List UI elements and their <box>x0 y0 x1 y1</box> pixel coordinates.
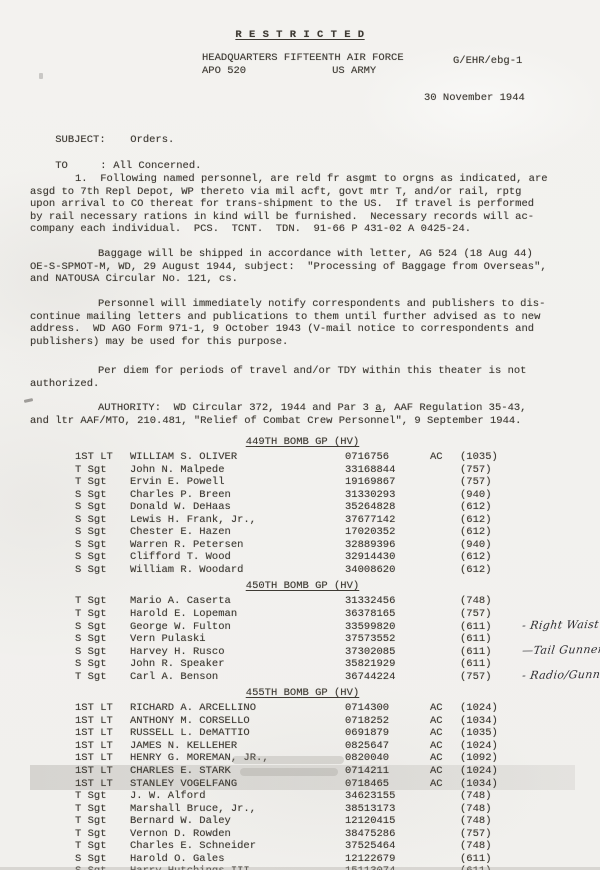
roster-row: 1ST LTANTHONY M. CORSELLO0718252AC(1034) <box>30 715 575 728</box>
authority-text: AUTHORITY: WD Circular 372, 1944 and Par… <box>98 402 375 414</box>
text-line: address. WD AGO Form 971-1, 9 October 19… <box>30 323 575 336</box>
roster-row: S SgtHarvey H. Rusco37302085(611)—Tail G… <box>30 646 575 659</box>
text-line: upon arrival to CO thereat for trans-shi… <box>30 198 575 211</box>
roster-rank: T Sgt <box>75 815 130 828</box>
roster-name: RUSSELL L. DeMATTIO <box>130 727 345 740</box>
group-title-text: 449TH BOMB GP (HV) <box>246 436 359 448</box>
roster-code: (612) <box>460 526 522 539</box>
roster-name: Harold O. Gales <box>130 853 345 866</box>
roster-serial: 0825647 <box>345 740 430 753</box>
roster-name: Bernard W. Daley <box>130 815 345 828</box>
roster-code: (611) <box>460 633 522 646</box>
roster-code: (612) <box>460 564 522 577</box>
paragraph-correspondents: Personnel will immediately notify corres… <box>30 298 575 348</box>
roster-serial: 32889396 <box>345 539 430 552</box>
roster-serial: 34623155 <box>345 790 430 803</box>
roster-branch <box>430 646 460 659</box>
roster-rank: S Sgt <box>75 489 130 502</box>
roster-branch: AC <box>430 715 460 728</box>
roster-rank: S Sgt <box>75 539 130 552</box>
roster-rank: S Sgt <box>75 501 130 514</box>
org-address: APO 520US ARMY <box>202 65 404 78</box>
roster-branch <box>430 501 460 514</box>
roster-serial: 31330293 <box>345 489 430 502</box>
text-line: and NATOUSA Circular No. 121, cs. <box>30 273 575 286</box>
classification-text: R E S T R I C T E D <box>235 29 364 41</box>
roster-rank: 1ST LT <box>75 451 130 464</box>
roster-serial: 35264828 <box>345 501 430 514</box>
roster-code: (1034) <box>460 778 522 791</box>
roster-code: (757) <box>460 828 522 841</box>
roster-row: 1ST LTRICHARD A. ARCELLINO0714300AC(1024… <box>30 702 575 715</box>
roster-row: T SgtJohn N. Malpede33168844(757) <box>30 464 575 477</box>
roster-rank: S Sgt <box>75 658 130 671</box>
roster-branch: AC <box>430 765 460 778</box>
roster-branch <box>430 489 460 502</box>
roster-code: (611) <box>460 646 522 659</box>
roster-row: S SgtChester E. Hazen17020352(612) <box>30 526 575 539</box>
roster-row: S SgtVern Pulaski37573552(611) <box>30 633 575 646</box>
roster-serial: 0691879 <box>345 727 430 740</box>
roster-name: Vernon D. Rowden <box>130 828 345 841</box>
roster-rank: T Sgt <box>75 840 130 853</box>
roster-rank: 1ST LT <box>75 765 130 778</box>
roster-name: Charles P. Breen <box>130 489 345 502</box>
group-title: 455TH BOMB GP (HV) <box>30 687 575 700</box>
roster-serial: 34008620 <box>345 564 430 577</box>
roster-branch: AC <box>430 740 460 753</box>
roster-branch <box>430 815 460 828</box>
roster-rank: S Sgt <box>75 621 130 634</box>
roster-name: Chester E. Hazen <box>130 526 345 539</box>
roster-serial: 0820040 <box>345 752 430 765</box>
roster-name: Lewis H. Frank, Jr., <box>130 514 345 527</box>
roster-serial: 12122679 <box>345 853 430 866</box>
roster-name: Mario A. Caserta <box>130 595 345 608</box>
roster-code: (940) <box>460 539 522 552</box>
roster-rank: S Sgt <box>75 646 130 659</box>
roster-rank: 1ST LT <box>75 715 130 728</box>
roster-name: Carl A. Benson <box>130 671 345 684</box>
roster-row: T SgtMario A. Caserta31332456(748) <box>30 595 575 608</box>
roster-branch <box>430 671 460 684</box>
roster-name: Warren R. Petersen <box>130 539 345 552</box>
roster-row: S SgtDonald W. DeHaas35264828(612) <box>30 501 575 514</box>
paragraph-1: 1. Following named personnel, are reld f… <box>30 173 575 236</box>
roster-branch <box>430 621 460 634</box>
document-page: R E S T R I C T E D HEADQUARTERS FIFTEEN… <box>0 0 600 870</box>
roster-row: 1ST LTRUSSELL L. DeMATTIO0691879AC(1035) <box>30 727 575 740</box>
roster-code: (1035) <box>460 727 522 740</box>
text-line: AUTHORITY: WD Circular 372, 1944 and Par… <box>30 402 575 415</box>
paragraph-authority: AUTHORITY: WD Circular 372, 1944 and Par… <box>30 402 575 427</box>
roster-name: William R. Woodard <box>130 564 345 577</box>
roster-serial: 37525464 <box>345 840 430 853</box>
roster-branch: AC <box>430 451 460 464</box>
roster-row: T SgtVernon D. Rowden38475286(757) <box>30 828 575 841</box>
roster-serial: 35821929 <box>345 658 430 671</box>
pen-mark <box>39 73 43 79</box>
roster-row: T SgtHarold E. Lopeman36378165(757) <box>30 608 575 621</box>
roster-rank: T Sgt <box>75 803 130 816</box>
roster-code: (748) <box>460 595 522 608</box>
roster-branch <box>430 853 460 866</box>
roster-row: S SgtJohn R. Speaker35821929(611) <box>30 658 575 671</box>
roster-code: (940) <box>460 489 522 502</box>
roster-code: (748) <box>460 815 522 828</box>
roster-rank: S Sgt <box>75 564 130 577</box>
roster-row: T SgtCharles E. Schneider37525464(748) <box>30 840 575 853</box>
roster-rank: 1ST LT <box>75 702 130 715</box>
reference-number: G/EHR/ebg-1 <box>453 55 522 68</box>
roster-name: Vern Pulaski <box>130 633 345 646</box>
roster-serial: 12120415 <box>345 815 430 828</box>
roster-code: (748) <box>460 790 522 803</box>
group-title: 450TH BOMB GP (HV) <box>30 580 575 593</box>
roster-code: (1024) <box>460 740 522 753</box>
roster-row: T SgtCarl A. Benson36744224(757)- Radio/… <box>30 671 575 684</box>
roster-code: (1035) <box>460 451 522 464</box>
roster-name: WILLIAM S. OLIVER <box>130 451 345 464</box>
text-line: 1. Following named personnel, are reld f… <box>30 173 575 186</box>
roster-name: Donald W. DeHaas <box>130 501 345 514</box>
text-line: and ltr AAF/MTO, 210.481, "Relief of Com… <box>30 415 575 428</box>
roster-rank: S Sgt <box>75 514 130 527</box>
scan-smudge <box>232 756 344 764</box>
text-line: Personnel will immediately notify corres… <box>30 298 575 311</box>
roster-serial: 32914430 <box>345 551 430 564</box>
roster-name: ANTHONY M. CORSELLO <box>130 715 345 728</box>
text-line: by rail necessary rations in kind will b… <box>30 211 575 224</box>
text-line: publishers) may be used for this purpose… <box>30 336 575 349</box>
roster-code: (612) <box>460 514 522 527</box>
roster-rank: S Sgt <box>75 551 130 564</box>
roster-branch <box>430 828 460 841</box>
roster-serial: 36378165 <box>345 608 430 621</box>
roster-branch <box>430 539 460 552</box>
roster-code: (611) <box>460 658 522 671</box>
roster-code: (612) <box>460 501 522 514</box>
roster-row: S SgtGeorge W. Fulton33599820(611)- Righ… <box>30 621 575 634</box>
roster-branch <box>430 840 460 853</box>
scan-smudge <box>240 768 338 776</box>
subject-value: Orders. <box>130 134 174 146</box>
roster-rank: S Sgt <box>75 853 130 866</box>
roster-code: (757) <box>460 476 522 489</box>
roster-name: RICHARD A. ARCELLINO <box>130 702 345 715</box>
roster-code: (748) <box>460 803 522 816</box>
paragraph-per-diem: Per diem for periods of travel and/or TD… <box>30 365 575 390</box>
roster-code: (757) <box>460 464 522 477</box>
roster-branch <box>430 476 460 489</box>
group-title-text: 455TH BOMB GP (HV) <box>246 687 359 699</box>
roster-rank: S Sgt <box>75 633 130 646</box>
roster-serial: 37677142 <box>345 514 430 527</box>
handwritten-note: - Radio/Gunner <box>521 668 600 683</box>
roster-rank: T Sgt <box>75 671 130 684</box>
roster-branch <box>430 564 460 577</box>
roster-serial: 33168844 <box>345 464 430 477</box>
classification-header: R E S T R I C T E D <box>0 29 600 41</box>
authority-text: , AAF Regulation 35-43, <box>382 402 527 414</box>
roster-name: Charles E. Schneider <box>130 840 345 853</box>
roster-rank: 1ST LT <box>75 778 130 791</box>
group-title-text: 450TH BOMB GP (HV) <box>246 580 359 592</box>
roster-branch <box>430 633 460 646</box>
roster-row: 1ST LTSTANLEY VOGELFANG0718465AC(1034) <box>30 778 575 791</box>
text-line: continue mailing letters and publication… <box>30 311 575 324</box>
text-line: company each individual. PCS. TCNT. TDN.… <box>30 223 575 236</box>
roster-serial: 37573552 <box>345 633 430 646</box>
roster-row: S SgtHarold O. Gales12122679(611) <box>30 853 575 866</box>
roster-row: S SgtWarren R. Petersen32889396(940) <box>30 539 575 552</box>
roster-branch <box>430 464 460 477</box>
roster-serial: 17020352 <box>345 526 430 539</box>
roster-row: S SgtClifford T. Wood32914430(612) <box>30 551 575 564</box>
roster-name: Harvey H. Rusco <box>130 646 345 659</box>
roster-branch <box>430 608 460 621</box>
roster-code: (757) <box>460 608 522 621</box>
roster-row: 1ST LTJAMES N. KELLEHER0825647AC(1024) <box>30 740 575 753</box>
roster-code: (611) <box>460 621 522 634</box>
roster-row: S SgtLewis H. Frank, Jr.,37677142(612) <box>30 514 575 527</box>
roster-row: S SgtCharles P. Breen31330293(940) <box>30 489 575 502</box>
handwritten-note: —Tail Gunner <box>521 644 600 659</box>
roster-row: 1ST LTWILLIAM S. OLIVER0716756AC(1035) <box>30 451 575 464</box>
roster-branch <box>430 551 460 564</box>
roster-name: STANLEY VOGELFANG <box>130 778 345 791</box>
roster-serial: 0718465 <box>345 778 430 791</box>
roster-branch <box>430 526 460 539</box>
roster-name: John R. Speaker <box>130 658 345 671</box>
roster-code: (1034) <box>460 715 522 728</box>
apo-number: APO 520 <box>202 65 246 77</box>
roster-branch <box>430 595 460 608</box>
roster-name: J. W. Alford <box>130 790 345 803</box>
roster-branch <box>430 790 460 803</box>
text-line: Per diem for periods of travel and/or TD… <box>30 365 575 378</box>
roster-row: S SgtWilliam R. Woodard34008620(612) <box>30 564 575 577</box>
roster-branch: AC <box>430 727 460 740</box>
roster-rank: 1ST LT <box>75 752 130 765</box>
roster-branch: AC <box>430 752 460 765</box>
roster-branch: AC <box>430 778 460 791</box>
roster-row: T SgtJ. W. Alford34623155(748) <box>30 790 575 803</box>
roster-serial: 36744224 <box>345 671 430 684</box>
roster-rank: 1ST LT <box>75 740 130 753</box>
paragraph-baggage: Baggage will be shipped in accordance wi… <box>30 248 575 286</box>
roster-row: T SgtBernard W. Daley12120415(748) <box>30 815 575 828</box>
text-line: OE-S-SPMOT-M, WD, 29 August 1944, subjec… <box>30 261 575 274</box>
to-label: TO <box>55 160 100 173</box>
roster-name: John N. Malpede <box>130 464 345 477</box>
roster-rank: S Sgt <box>75 526 130 539</box>
handwritten-note: - Right Waist Gunner <box>521 618 600 633</box>
subject-label: SUBJECT: <box>55 134 130 147</box>
roster-rank: T Sgt <box>75 828 130 841</box>
us-army-label: US ARMY <box>332 65 376 77</box>
roster-code: (1024) <box>460 702 522 715</box>
org-header: HEADQUARTERS FIFTEENTH AIR FORCE APO 520… <box>202 52 404 77</box>
roster-serial: 0714300 <box>345 702 430 715</box>
roster-serial: 0714211 <box>345 765 430 778</box>
org-name: HEADQUARTERS FIFTEENTH AIR FORCE <box>202 52 404 65</box>
roster-serial: 0716756 <box>345 451 430 464</box>
roster-code: (1092) <box>460 752 522 765</box>
roster-name: Ervin E. Powell <box>130 476 345 489</box>
roster-rank: T Sgt <box>75 476 130 489</box>
roster-serial: 38475286 <box>345 828 430 841</box>
document-date: 30 November 1944 <box>424 92 525 105</box>
roster-name: Marshall Bruce, Jr., <box>130 803 345 816</box>
roster-serial: 31332456 <box>345 595 430 608</box>
roster-code: (1024) <box>460 765 522 778</box>
roster-branch <box>430 803 460 816</box>
roster-code: (612) <box>460 551 522 564</box>
roster-rank: T Sgt <box>75 595 130 608</box>
text-line: Baggage will be shipped in accordance wi… <box>30 248 575 261</box>
roster-serial: 38513173 <box>345 803 430 816</box>
roster-rank: 1ST LT <box>75 727 130 740</box>
roster-serial: 33599820 <box>345 621 430 634</box>
roster-branch <box>430 658 460 671</box>
group-title: 449TH BOMB GP (HV) <box>30 436 575 449</box>
text-line: asgd to 7th Repl Depot, WP thereto via m… <box>30 186 575 199</box>
roster-rank: T Sgt <box>75 464 130 477</box>
roster-code: (757) <box>460 671 522 684</box>
roster: 449TH BOMB GP (HV)1ST LTWILLIAM S. OLIVE… <box>30 436 575 870</box>
roster-name: JAMES N. KELLEHER <box>130 740 345 753</box>
roster-branch: AC <box>430 702 460 715</box>
roster-branch <box>430 514 460 527</box>
roster-serial: 37302085 <box>345 646 430 659</box>
roster-name: Clifford T. Wood <box>130 551 345 564</box>
roster-rank: T Sgt <box>75 608 130 621</box>
roster-rank: T Sgt <box>75 790 130 803</box>
roster-name: George W. Fulton <box>130 621 345 634</box>
to-colon: : <box>100 160 113 173</box>
to-value: All Concerned. <box>113 160 201 172</box>
roster-name: Harold E. Lopeman <box>130 608 345 621</box>
roster-serial: 19169867 <box>345 476 430 489</box>
roster-row: T SgtErvin E. Powell19169867(757) <box>30 476 575 489</box>
roster-code: (611) <box>460 853 522 866</box>
roster-serial: 0718252 <box>345 715 430 728</box>
text-line: authorized. <box>30 378 575 391</box>
roster-code: (748) <box>460 840 522 853</box>
roster-row: T SgtMarshall Bruce, Jr.,38513173(748) <box>30 803 575 816</box>
